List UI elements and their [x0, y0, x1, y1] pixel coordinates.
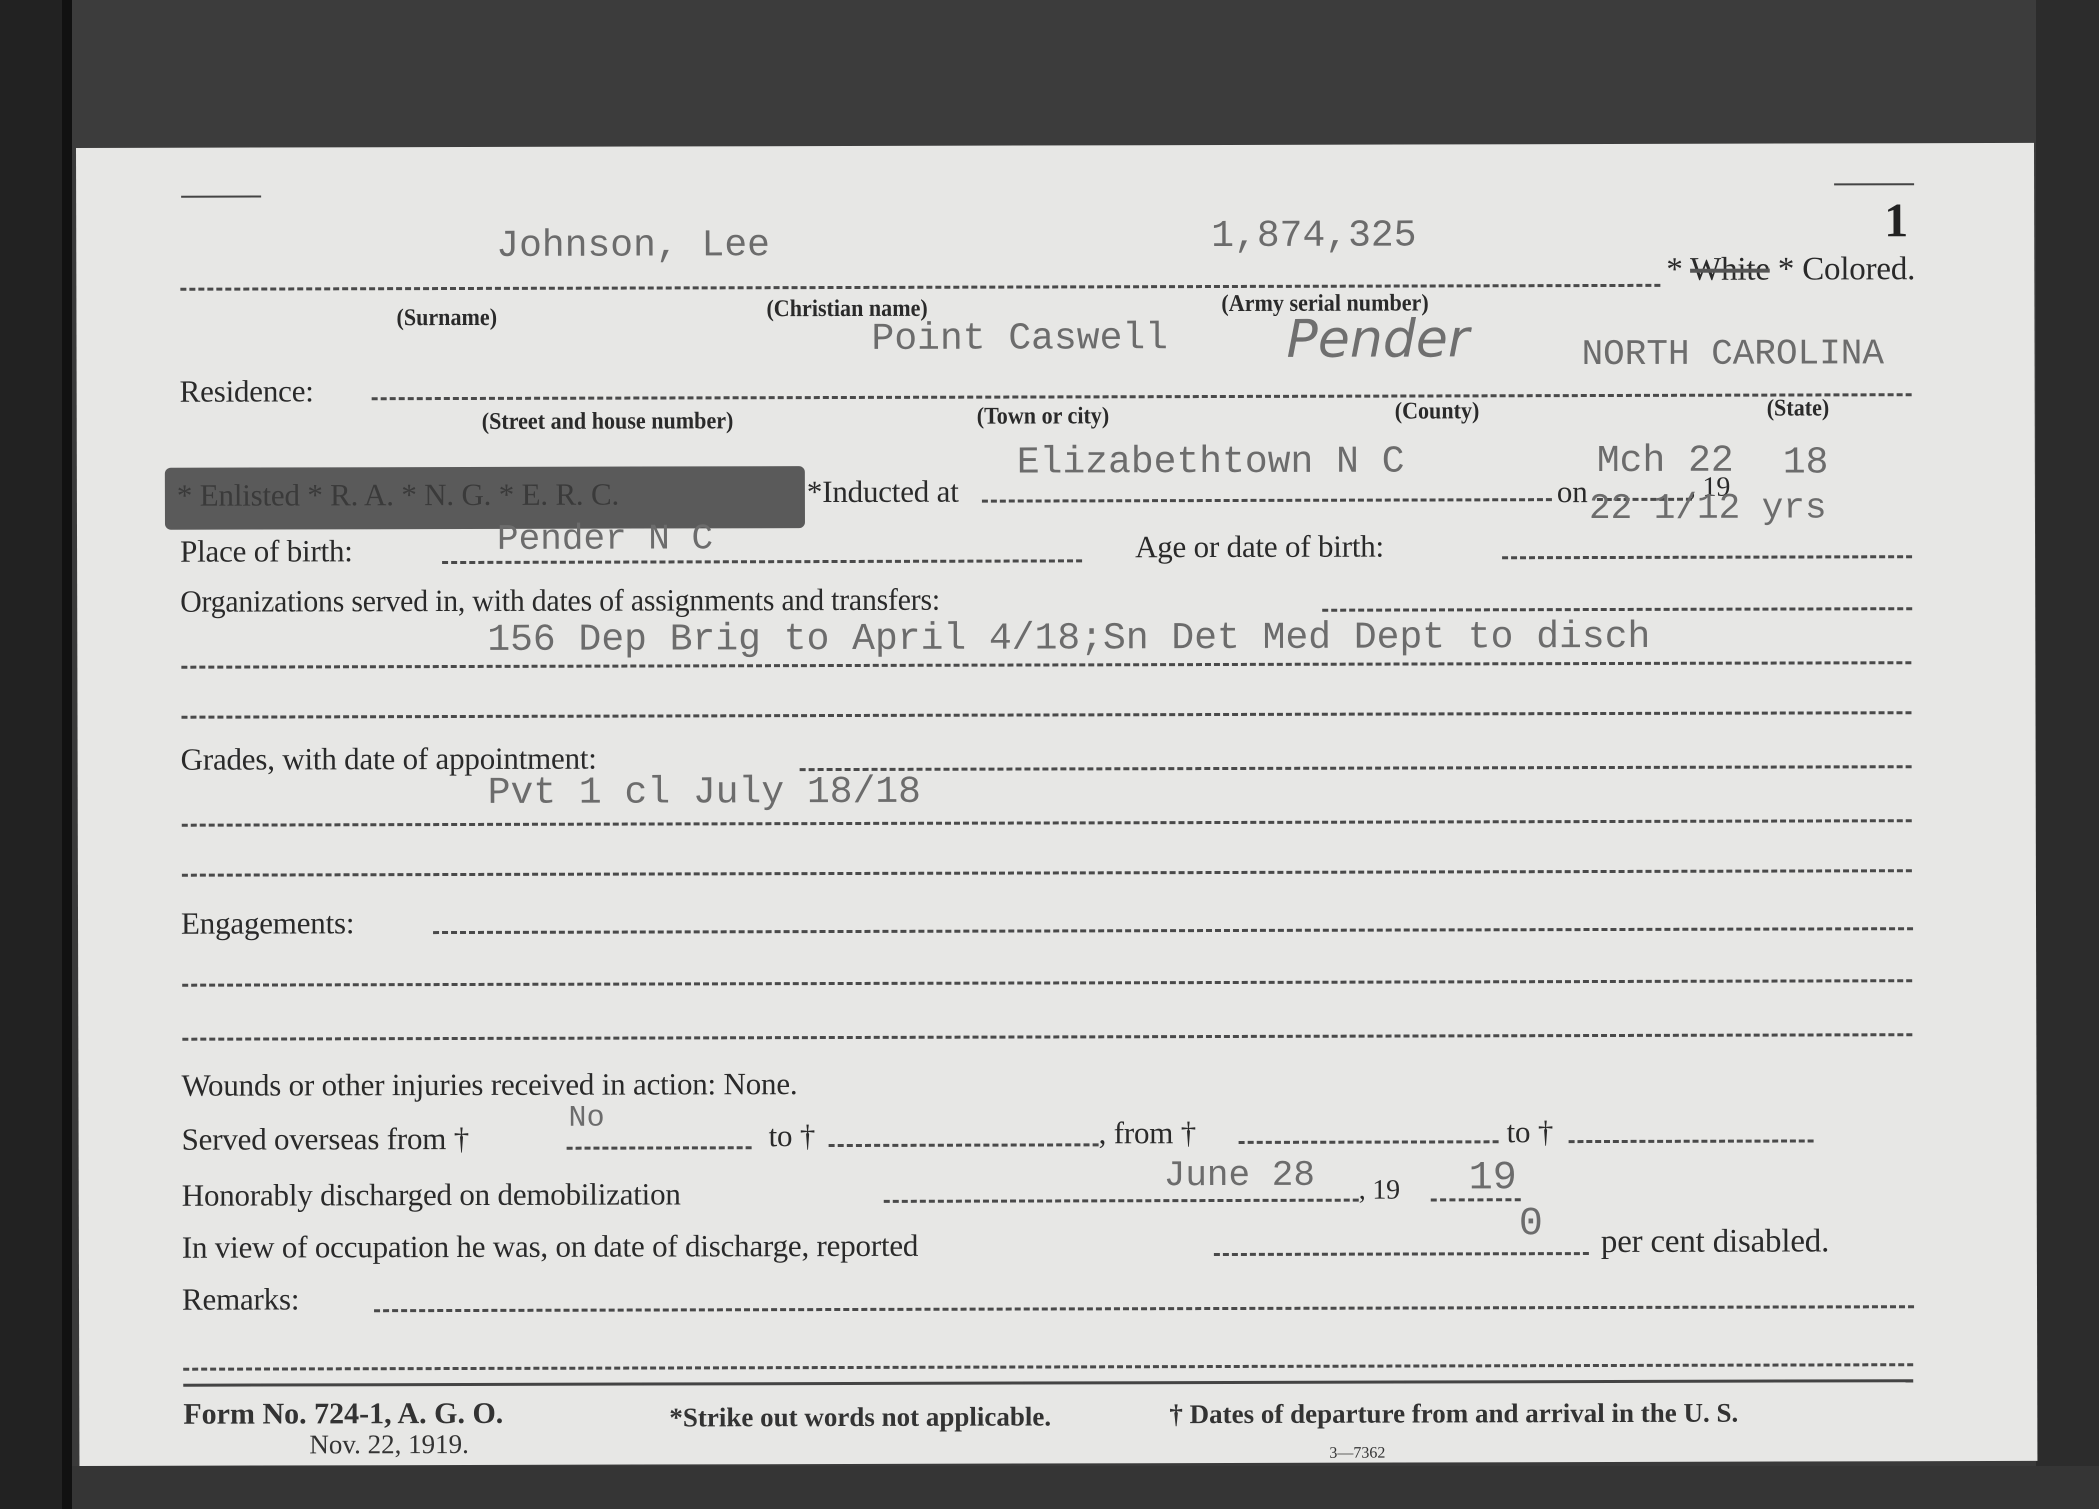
residence-label: Residence:: [180, 373, 314, 409]
strike-note: *Strike out words not applicable.: [669, 1401, 1051, 1433]
service-record-card: 1 Johnson, Lee 1,874,325 * White * Color…: [76, 143, 2037, 1466]
print-code: 3—7362: [1329, 1445, 1385, 1463]
serial-value: 1,874,325: [1211, 214, 1416, 258]
residence-state-value: NORTH CAROLINA: [1581, 333, 1884, 375]
background-right: [2036, 0, 2099, 1509]
grades-value: Pvt 1 cl July 18/18: [488, 771, 921, 815]
footer-rule: [183, 1379, 1913, 1387]
age-line: [1502, 555, 1912, 559]
caption-state: (State): [1767, 395, 1830, 422]
disability-label: In view of occupation he was, on date of…: [182, 1228, 918, 1266]
residence-line: [372, 393, 1912, 400]
overseas-from-value: No: [568, 1102, 604, 1136]
inducted-year-value: 18: [1783, 441, 1829, 484]
form-date: Nov. 22, 1919.: [309, 1429, 469, 1460]
residence-town-value: Point Caswell: [871, 317, 1168, 361]
overseas-from-line: [567, 1146, 752, 1149]
enlistment-options: * Enlisted * R. A. * N. G. * E. R. C.: [177, 477, 619, 514]
card-number: 1: [1884, 193, 1908, 248]
discharge-year-prefix: , 19: [1359, 1175, 1400, 1207]
disability-line: [1214, 1252, 1589, 1256]
overseas-to-line: [829, 1143, 1099, 1147]
caption-street: (Street and house number): [482, 408, 734, 436]
birth-place-line: [442, 559, 1082, 564]
age-label: Age or date of birth:: [1135, 529, 1384, 566]
age-value: 22 1/12 yrs: [1589, 487, 1827, 529]
wounds-label: Wounds or other injuries received in act…: [181, 1066, 716, 1102]
discharge-date-line: [884, 1199, 1359, 1203]
caption-surname: (Surname): [396, 305, 497, 332]
remarks-line-2: [183, 1363, 1913, 1371]
name-value: Johnson, Lee: [496, 224, 770, 268]
grades-line-1: [800, 765, 1912, 771]
race-field: * White * Colored.: [1666, 251, 1915, 289]
discharge-label: Honorably discharged on demobilization: [182, 1176, 681, 1213]
on-label: on: [1557, 474, 1588, 510]
inducted-place-value: Elizabethtown N C: [1017, 441, 1405, 485]
engagements-line-2: [182, 979, 1912, 987]
background-bottom: [72, 1466, 2099, 1509]
disability-suffix: per cent disabled.: [1601, 1223, 1829, 1261]
organizations-line-1: [1322, 607, 1912, 612]
engagements-label: Engagements:: [181, 905, 354, 941]
organizations-line-2: [181, 661, 1911, 669]
overseas-to2-line: [1569, 1139, 1814, 1143]
organizations-label: Organizations served in, with dates of a…: [180, 582, 940, 620]
inducted-label: *Inducted at: [807, 474, 959, 510]
overseas-to2-label: to †: [1507, 1114, 1554, 1150]
wounds-value: None.: [723, 1066, 797, 1101]
name-line: [180, 284, 1660, 291]
caption-town: (Town or city): [977, 403, 1110, 430]
organizations-line-3: [181, 711, 1911, 719]
binder-edge: [0, 0, 72, 1509]
overseas-from2-line: [1239, 1140, 1499, 1144]
corner-rule-right: [1834, 183, 1914, 185]
discharge-date-value: June 28: [1164, 1155, 1315, 1196]
residence-county-value: Pender: [1286, 309, 1469, 369]
overseas-from2-label: , from †: [1099, 1115, 1197, 1151]
discharge-year-line: [1431, 1198, 1521, 1201]
grades-line-3: [182, 869, 1912, 877]
inducted-line: [982, 498, 1552, 502]
overseas-to-label: to †: [769, 1118, 816, 1154]
disability-value: 0: [1519, 1202, 1543, 1247]
grades-line-2: [182, 819, 1912, 827]
engagements-line-1: [433, 927, 1913, 934]
overseas-label: Served overseas from †: [182, 1121, 470, 1158]
form-number: Form No. 724-1, A. G. O.: [183, 1397, 503, 1432]
remarks-label: Remarks:: [182, 1281, 299, 1317]
background-top: [72, 0, 2099, 160]
dates-note: † Dates of departure from and arrival in…: [1169, 1398, 1738, 1430]
engagements-line-3: [182, 1033, 1912, 1041]
race-colored: Colored.: [1802, 251, 1915, 287]
corner-rule-left: [181, 196, 261, 198]
birth-place-value: Pender N C: [497, 518, 713, 560]
caption-county: (County): [1395, 398, 1480, 425]
discharge-year-value: 19: [1469, 1156, 1517, 1201]
race-white-struck: White: [1690, 252, 1770, 288]
wounds-field: Wounds or other injuries received in act…: [181, 1066, 797, 1104]
remarks-line-1: [374, 1305, 1914, 1312]
birth-place-label: Place of birth:: [180, 533, 353, 569]
organizations-value: 156 Dep Brig to April 4/18;Sn Det Med De…: [487, 616, 1650, 662]
